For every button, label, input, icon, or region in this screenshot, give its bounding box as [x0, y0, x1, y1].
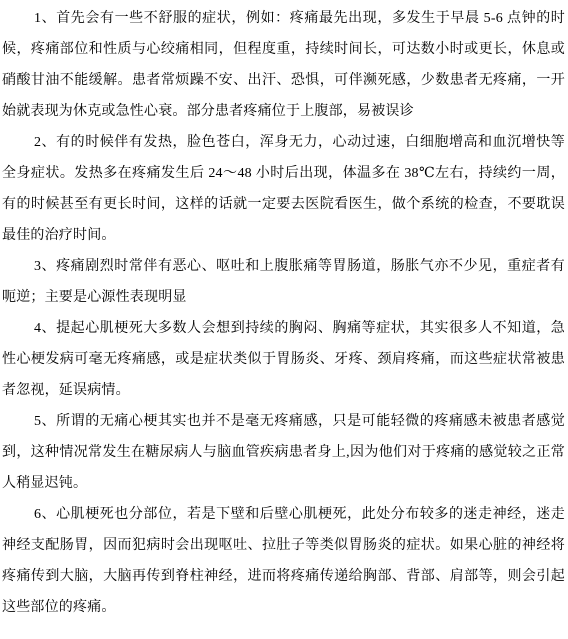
- document-page: 1、首先会有一些不舒服的症状，例如：疼痛最先出现，多发生于早晨 5-6 点钟的时…: [0, 0, 568, 639]
- article-body: 1、首先会有一些不舒服的症状，例如：疼痛最先出现，多发生于早晨 5-6 点钟的时…: [2, 3, 565, 623]
- paragraph-1-pain-symptoms: 1、首先会有一些不舒服的症状，例如：疼痛最先出现，多发生于早晨 5-6 点钟的时…: [2, 3, 565, 127]
- paragraph-4-painless-onset: 4、提起心肌梗死大多数人会想到持续的胸闷、胸痛等症状，其实很多人不知道，急性心梗…: [2, 313, 565, 406]
- paragraph-3-gastrointestinal-symptoms: 3、疼痛剧烈时常伴有恶心、呕吐和上腹胀痛等胃肠道，肠胀气亦不少见，重症者有呃逆；…: [2, 251, 565, 313]
- paragraph-5-painless-explanation: 5、所谓的无痛心梗其实也并不是毫无疼痛感，只是可能轻微的疼痛感未被患者感觉到，这…: [2, 406, 565, 499]
- paragraph-6-infarction-locations: 6、心肌梗死也分部位，若是下壁和后壁心肌梗死，此处分布较多的迷走神经，迷走神经支…: [2, 499, 565, 623]
- paragraph-2-fever-symptoms: 2、有的时候伴有发热，脸色苍白，浑身无力，心动过速，白细胞增高和血沉增快等全身症…: [2, 127, 565, 251]
